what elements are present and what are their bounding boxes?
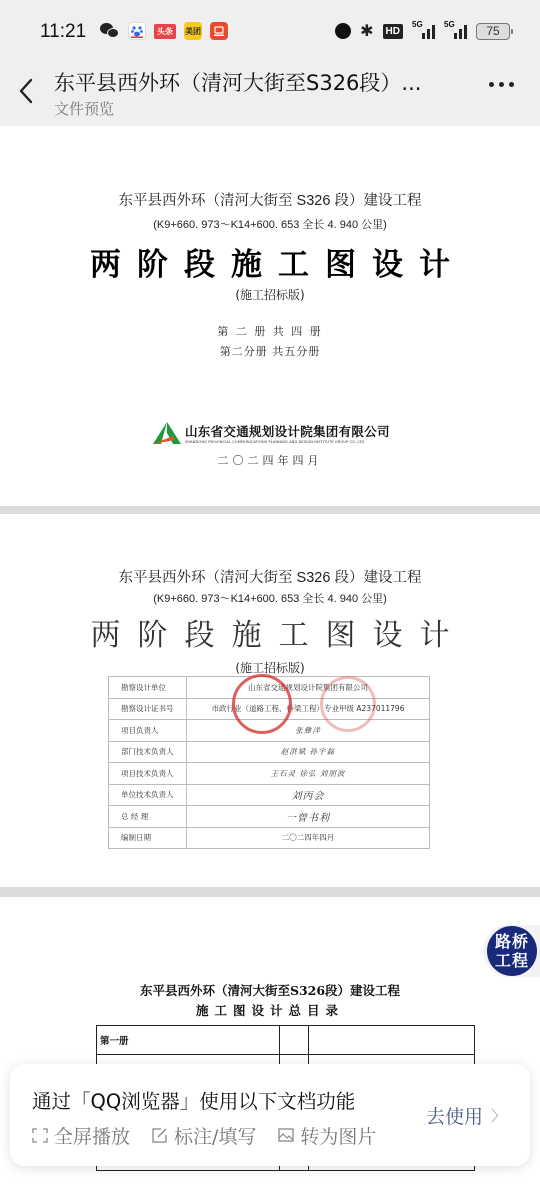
go-use-button[interactable]: 去使用 〉 <box>426 1102 506 1129</box>
alarm-icon <box>335 23 351 39</box>
status-time: 11:21 <box>40 21 86 43</box>
cover-date: 二〇二四年四月 <box>0 452 540 468</box>
fullscreen-icon <box>32 1128 48 1143</box>
table-row: 总 经 理一曾书利 <box>109 806 430 828</box>
main-title: 两阶段施工图设计 <box>0 239 540 284</box>
subvolume-label: 第二分册 共五分册 <box>0 343 540 359</box>
signal-icon-1: 5G <box>412 23 435 39</box>
more-dot-icon <box>509 82 514 87</box>
company-logo: 山东省交通规划设计院集团有限公司 SHANDONG PROVINCIAL COM… <box>153 422 390 444</box>
hd-voice-icon: HD <box>383 24 403 39</box>
document-page-cover[interactable]: 东平县西外环（清河大街至 S326 段）建设工程 (K9+660. 973～K1… <box>0 126 540 506</box>
floating-badge[interactable]: 路桥 工程 <box>483 925 540 977</box>
document-title: 东平县西外环（清河大街至S326段）... <box>54 67 454 97</box>
document-page-signature[interactable]: 东平县西外环（清河大街至 S326 段）建设工程 (K9+660. 973～K1… <box>0 514 540 887</box>
road-bridge-badge-icon: 路桥 工程 <box>487 926 537 976</box>
meituan-icon: 美团 <box>184 22 202 40</box>
system-icons: ✱ HD 5G 5G 75 <box>335 21 510 41</box>
project-range: (K9+660. 973～K14+600. 653 全长 4. 940 公里) <box>0 216 540 232</box>
toc-title: 施工图设计总目录 <box>0 1001 540 1019</box>
signal-icon-2: 5G <box>444 23 467 39</box>
company-seal <box>232 674 292 734</box>
bluetooth-icon: ✱ <box>360 21 373 41</box>
chevron-right-icon: 〉 <box>491 1105 506 1126</box>
back-button[interactable] <box>16 76 38 106</box>
version-label: (施工招标版) <box>0 286 540 303</box>
promo-features: 全屏播放 标注/填写 转为图片 <box>32 1122 376 1149</box>
main-title: 两阶段施工图设计 <box>0 610 540 654</box>
promo-title: 通过「QQ浏览器」使用以下文档功能 <box>32 1086 355 1114</box>
table-row: 单位技术负责人刘丙会 <box>109 784 430 806</box>
qualification-seal <box>320 676 376 732</box>
feature-fullscreen: 全屏播放 <box>32 1122 130 1149</box>
feature-to-image: 转为图片 <box>278 1122 376 1149</box>
volume-label: 第 二 册 共 四 册 <box>0 323 540 339</box>
project-name: 东平县西外环（清河大街至 S326 段）建设工程 <box>0 189 540 210</box>
table-row: 部门技术负责人赵洪斌 孙宇磊 <box>109 741 430 763</box>
wechat-icon <box>100 23 120 39</box>
more-button[interactable] <box>489 82 514 87</box>
app-header: 东平县西外环（清河大街至S326段）... 文件预览 <box>0 62 540 126</box>
notification-icons: 头条 美团 <box>100 22 228 40</box>
table-row: 项目技术负责人王石灵 徐弘 刘朋波 <box>109 763 430 785</box>
company-name-en: SHANDONG PROVINCIAL COMMUNICATIONS PLANN… <box>185 440 390 444</box>
document-subtitle: 文件预览 <box>54 98 114 119</box>
red-app-icon <box>210 22 228 40</box>
feature-annotate: 标注/填写 <box>152 1122 256 1149</box>
toc-project-name: 东平县西外环（清河大街至S326段）建设工程 <box>0 981 540 999</box>
qq-browser-promo-banner[interactable]: 通过「QQ浏览器」使用以下文档功能 全屏播放 标注/填写 转为图片 去使用 〉 <box>10 1064 530 1166</box>
project-range: (K9+660. 973～K14+600. 653 全长 4. 940 公里) <box>0 590 540 606</box>
version-label: (施工招标版) <box>0 659 540 676</box>
table-row: 第一册 <box>97 1026 475 1055</box>
chevron-left-icon <box>16 76 38 106</box>
company-name-cn: 山东省交通规划设计院集团有限公司 <box>185 422 390 440</box>
company-logo-icon <box>153 422 181 444</box>
toutiao-icon: 头条 <box>154 24 176 39</box>
table-row: 编制日期二〇二四年四月 <box>109 827 430 849</box>
project-name: 东平县西外环（清河大街至 S326 段）建设工程 <box>0 566 540 587</box>
edit-icon <box>152 1128 168 1143</box>
status-bar: 11:21 头条 美团 ✱ HD 5G 5G 75 <box>0 0 540 62</box>
more-dot-icon <box>499 82 504 87</box>
battery-icon: 75 <box>476 23 510 40</box>
baidu-icon <box>128 22 146 40</box>
image-icon <box>278 1128 294 1143</box>
more-dot-icon <box>489 82 494 87</box>
